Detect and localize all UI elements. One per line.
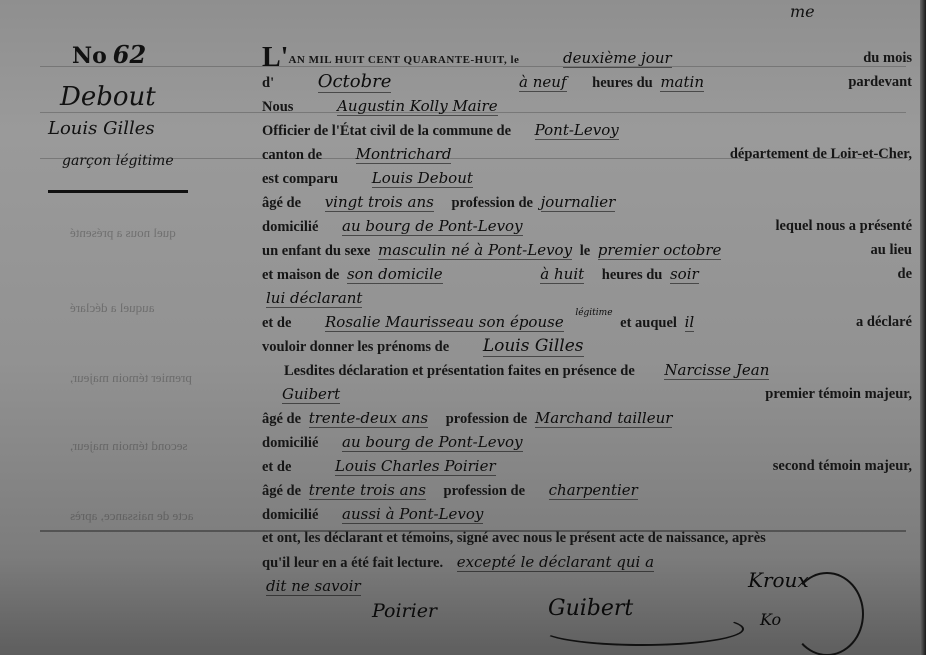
signatures-area: Poirier Guibert Kroux Ko bbox=[0, 0, 926, 655]
signature-flourish bbox=[790, 572, 864, 655]
signature-ko: Ko bbox=[760, 610, 781, 629]
signature-poirier: Poirier bbox=[372, 600, 437, 622]
signature-flourish bbox=[540, 612, 744, 646]
